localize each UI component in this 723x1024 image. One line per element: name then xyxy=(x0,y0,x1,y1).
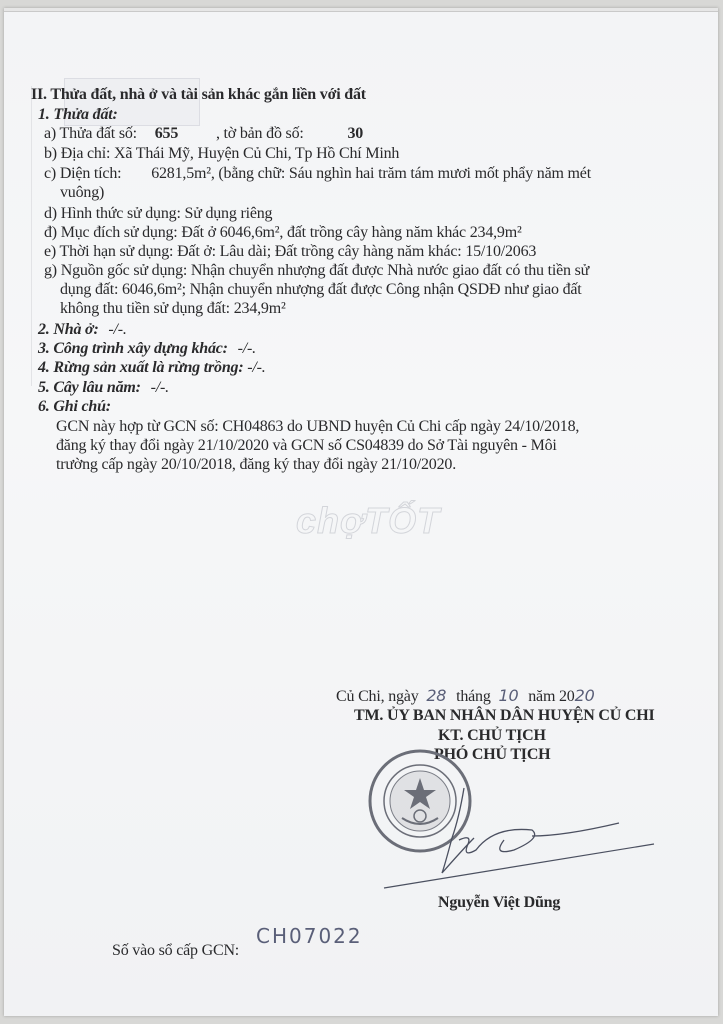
production-forest-value: -/-. xyxy=(247,359,265,376)
usage-purpose-row: đ) Mục đích sử dụng: Đất ở 6046,6m², đất… xyxy=(44,223,522,243)
production-forest-heading: 4. Rừng sản xuất là rừng trồng: xyxy=(38,359,243,376)
on-behalf-title: KT. CHỦ TỊCH xyxy=(438,726,546,746)
area-value: 6281,5m², (bằng chữ: Sáu nghìn hai trăm … xyxy=(151,165,591,182)
other-construction-row: 3. Công trình xây dựng khác: -/-. xyxy=(38,339,256,359)
year-suffix: 20 xyxy=(575,686,595,705)
signer-name: Nguyễn Việt Dũng xyxy=(438,893,560,913)
notes-line-2: đăng ký thay đổi ngày 21/10/2020 và GCN … xyxy=(56,436,557,456)
other-construction-heading: 3. Công trình xây dựng khác: xyxy=(38,340,228,357)
authority-title: TM. ỦY BAN NHÂN DÂN HUYỆN CỦ CHI xyxy=(354,706,655,726)
registry-label: Số vào sổ cấp GCN: xyxy=(112,941,239,961)
notes-line-3: trường cấp ngày 20/10/2018, đăng ký thay… xyxy=(56,455,456,475)
notes-line-1: GCN này hợp từ GCN số: CH04863 do UBND h… xyxy=(56,417,579,437)
map-sheet-number: 30 xyxy=(347,125,363,142)
month-value: 10 xyxy=(498,686,518,705)
address-row: b) Địa chỉ: Xã Thái Mỹ, Huyện Củ Chi, Tp… xyxy=(44,144,399,164)
signature-icon xyxy=(364,778,664,898)
usage-form-row: d) Hình thức sử dụng: Sử dụng riêng xyxy=(44,204,272,224)
area-label: c) Diện tích: xyxy=(44,165,121,182)
other-construction-value: -/-. xyxy=(238,340,256,357)
origin-row-2: dụng đất: 6046,6m²; Nhận chuyển nhượng đ… xyxy=(60,280,582,300)
area-row: c) Diện tích: 6281,5m², (bằng chữ: Sáu n… xyxy=(44,164,591,184)
section-title: II. Thửa đất, nhà ở và tài sản khác gắn … xyxy=(31,85,366,105)
year-label: năm 20 xyxy=(528,688,574,705)
month-label: tháng xyxy=(456,688,491,705)
notes-heading: 6. Ghi chú: xyxy=(38,397,111,417)
certificate-page: II. Thửa đất, nhà ở và tài sản khác gắn … xyxy=(4,8,718,1016)
margin-line xyxy=(31,86,32,386)
parcel-label: a) Thửa đất số: xyxy=(44,125,137,142)
land-parcel-heading: 1. Thửa đất: xyxy=(38,105,118,125)
origin-row-3: không thu tiền sử dụng đất: 234,9m² xyxy=(60,299,286,319)
house-row: 2. Nhà ở: -/-. xyxy=(38,320,127,340)
map-sheet-label: , tờ bản đồ số: xyxy=(216,125,304,142)
scan-edge xyxy=(4,8,718,12)
day-value: 28 xyxy=(426,686,446,705)
perennial-trees-heading: 5. Cây lâu năm: xyxy=(38,379,141,396)
place-date-prefix: Củ Chi, ngày xyxy=(336,688,419,705)
chotot-watermark: chợTỐT xyxy=(296,500,440,542)
production-forest-row: 4. Rừng sản xuất là rừng trồng: -/-. xyxy=(38,358,266,378)
house-value: -/-. xyxy=(108,321,126,338)
parcel-number-row: a) Thửa đất số: 655 , tờ bản đồ số: 30 xyxy=(44,124,363,144)
place-date-row: Củ Chi, ngày 28 tháng 10 năm 2020 xyxy=(336,686,595,707)
perennial-trees-row: 5. Cây lâu năm: -/-. xyxy=(38,378,169,398)
usage-term-row: e) Thời hạn sử dụng: Đất ở: Lâu dài; Đất… xyxy=(44,242,536,262)
perennial-trees-value: -/-. xyxy=(151,379,169,396)
area-value-cont: vuông) xyxy=(60,183,104,203)
house-heading: 2. Nhà ở: xyxy=(38,321,99,338)
origin-row-1: g) Nguồn gốc sử dụng: Nhận chuyển nhượng… xyxy=(44,261,589,281)
parcel-number: 655 xyxy=(155,125,178,142)
registry-number: CH07022 xyxy=(256,926,363,946)
